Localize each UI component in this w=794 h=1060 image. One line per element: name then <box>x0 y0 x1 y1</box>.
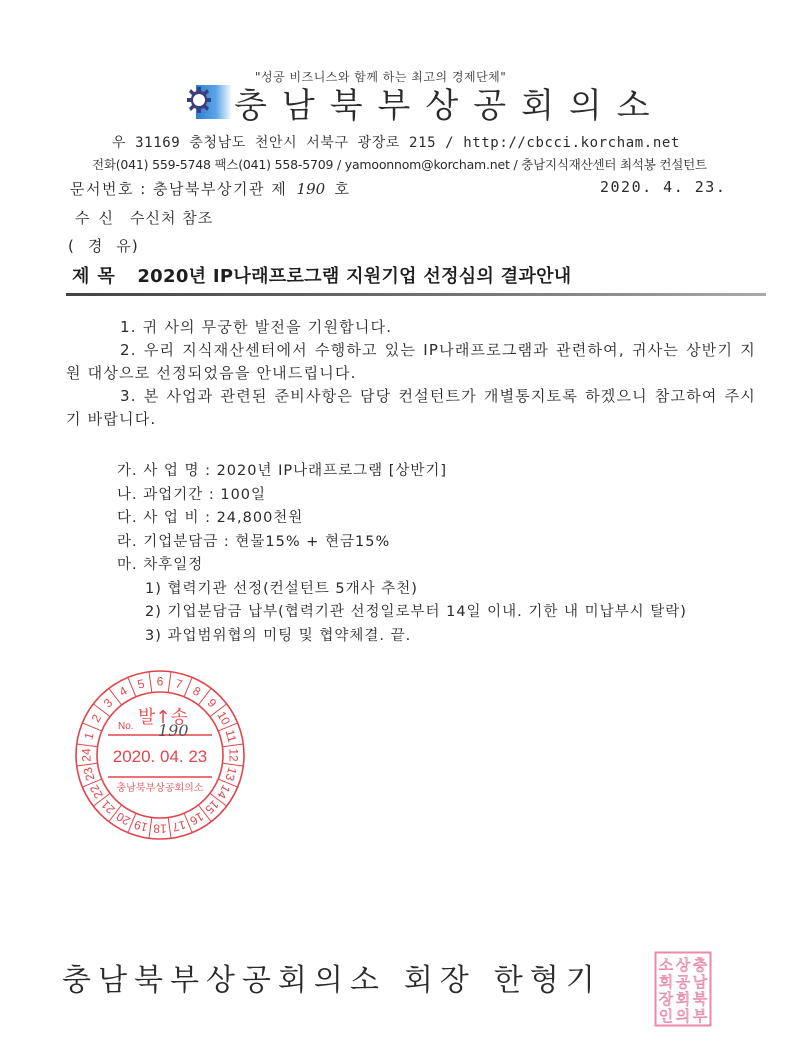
stamp-ring-number: 16 <box>187 809 206 828</box>
details-list: 가. 사 업 명 : 2020년 IP나래프로그램 [상반기] 나. 과업기간 … <box>117 460 687 648</box>
recipient-label: 수신 <box>75 207 122 228</box>
seal-character: 부 <box>693 1007 708 1025</box>
official-seal: 충남북부상공회의소회장인 <box>654 951 712 1027</box>
stamp-no-label: No. <box>118 721 134 732</box>
schedule-item: 2) 기업분담금 납부(협력기관 선정일로부터 14일 이내. 기한 내 미납부… <box>117 601 687 625</box>
stamp-ring-number: 18 <box>153 822 167 836</box>
stamp-ring-number: 24 <box>80 748 94 762</box>
recipient-value: 수신처 참조 <box>130 207 213 228</box>
stamp-ring-number: 6 <box>157 675 164 689</box>
seal-character: 북 <box>693 990 708 1008</box>
stamp-ring-number: 19 <box>132 817 149 834</box>
signature-org: 충남북부상공회의소 <box>62 963 386 998</box>
stamp-ring-number: 23 <box>80 765 97 782</box>
org-title: 충남북부상공회의소 <box>234 78 665 127</box>
seal-character: 공 <box>676 973 691 991</box>
signature-title: 회장 <box>404 963 476 998</box>
stamp-ring-number: 1 <box>81 731 96 741</box>
subject-line: 제목 2020년 IP나래프로그램 지원기업 선정심의 결과안내 <box>72 262 571 288</box>
detail-item: 가. 사 업 명 : 2020년 IP나래프로그램 [상반기] <box>117 460 687 484</box>
via-label: (경유) <box>68 235 139 256</box>
subject-label: 제목 <box>72 266 123 287</box>
doc-number-label: 문서번호 : 충남북부상기관 제 <box>70 180 287 198</box>
address-line: 우 31169 충청남도 천안시 서북구 광장로 215 / http://cb… <box>112 132 680 152</box>
document-number: 문서번호 : 충남북부상기관 제 190 호 <box>70 178 350 199</box>
contact-line: 전화(041) 559-5748 팩스(041) 558-5709 / yamo… <box>92 155 707 173</box>
seal-character: 상 <box>676 956 691 974</box>
signature-line: 충남북부상공회의소회장한형기 <box>62 955 602 999</box>
dispatch-stamp: 123456789101112131415161718192021222324 … <box>70 665 250 845</box>
document-date: 2020. 4. 23. <box>600 178 726 196</box>
stamp-ring-number: 2 <box>89 712 105 725</box>
seal-character: 장 <box>659 990 674 1008</box>
stamp-ring-number: 4 <box>117 683 130 699</box>
subject-text: 2020년 IP나래프로그램 지원기업 선정심의 결과안내 <box>137 266 571 287</box>
schedule-item: 1) 협력기관 선정(컨설턴트 5개사 추천) <box>117 578 687 602</box>
stamp-ring-number: 11 <box>223 728 240 744</box>
detail-item: 나. 과업기간 : 100일 <box>117 484 687 508</box>
stamp-ring-number: 12 <box>227 748 241 762</box>
stamp-ring-number: 9 <box>205 696 220 711</box>
stamp-ring-number: 7 <box>174 676 184 691</box>
seal-character: 회 <box>676 990 691 1008</box>
seal-character: 남 <box>693 973 708 991</box>
subject-divider <box>66 293 766 296</box>
stamp-ring-number: 8 <box>190 684 203 700</box>
stamp-org: 충남북부상공회의소 <box>117 781 204 794</box>
body-paragraph: 2. 우리 지식재산센터에서 수행하고 있는 IP나래프로그램과 관련하여, 귀… <box>66 339 756 385</box>
letterhead-logo: 충남북부상공회의소 <box>182 82 665 122</box>
signature-name: 한형기 <box>494 963 602 998</box>
doc-number-suffix: 호 <box>334 180 350 198</box>
stamp-date: 2020. 04. 23 <box>113 747 208 766</box>
seal-character: 소 <box>659 956 674 974</box>
gear-logo-icon <box>182 83 230 121</box>
doc-number-handwritten: 190 <box>297 180 326 198</box>
seal-character: 의 <box>676 1007 691 1025</box>
schedule-item: 3) 과업범위협의 미팅 및 협약체결. 끝. <box>117 625 687 649</box>
stamp-ring-number: 3 <box>101 695 116 710</box>
body-paragraph: 1. 귀 사의 무궁한 발전을 기원합니다. <box>66 316 756 339</box>
detail-item: 다. 사 업 비 : 24,800천원 <box>117 507 687 531</box>
detail-item: 라. 기업분담금 : 현물15% + 현금15% <box>117 531 687 555</box>
stamp-ring-number: 22 <box>87 782 106 801</box>
detail-item: 마. 차후일정 <box>117 554 687 578</box>
seal-character: 인 <box>659 1007 674 1025</box>
stamp-ring-number: 5 <box>136 676 146 691</box>
seal-character: 회 <box>659 973 674 991</box>
stamp-ring-number: 13 <box>222 766 239 783</box>
seal-character: 충 <box>693 956 708 974</box>
body-paragraph: 3. 본 사업과 관련된 준비사항은 담당 컨설턴트가 개별통지토록 하겠으니 … <box>66 385 756 431</box>
stamp-no-value: 190 <box>158 721 189 740</box>
stamp-ring-number: 17 <box>170 818 187 835</box>
letter-body: 1. 귀 사의 무궁한 발전을 기원합니다. 2. 우리 지식재산센터에서 수행… <box>66 316 756 431</box>
